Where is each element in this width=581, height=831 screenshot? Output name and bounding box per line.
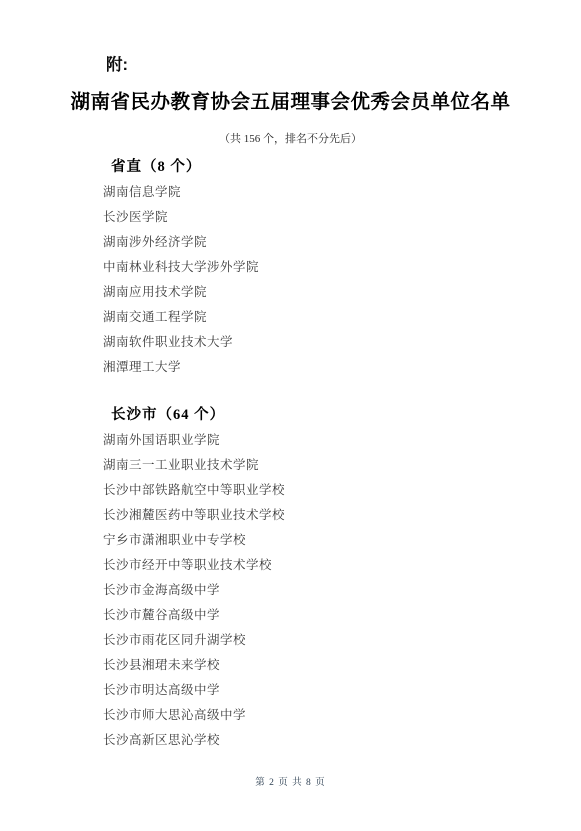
list-item: 长沙市雨花区同升湖学校: [103, 628, 581, 653]
attachment-label: 附:: [106, 54, 581, 76]
list-item: 湖南交通工程学院: [103, 305, 581, 330]
document-page: 附: 湖南省民办教育协会五届理事会优秀会员单位名单 （共 156 个，排名不分先…: [0, 0, 581, 831]
section-changsha: 长沙市（64 个） 湖南外国语职业学院 湖南三一工业职业技术学院 长沙中部铁路航…: [0, 405, 581, 753]
list-item: 长沙高新区思沁学校: [103, 728, 581, 753]
list-item: 中南林业科技大学涉外学院: [103, 255, 581, 280]
list-item: 湖南信息学院: [103, 180, 581, 205]
list-item: 湘潭理工大学: [103, 355, 581, 380]
document-subtitle: （共 156 个，排名不分先后）: [0, 131, 581, 147]
list-item: 长沙市麓谷高级中学: [103, 603, 581, 628]
list-item: 湖南应用技术学院: [103, 280, 581, 305]
list-item: 长沙市经开中等职业技术学校: [103, 553, 581, 578]
list-item: 长沙市师大思沁高级中学: [103, 703, 581, 728]
document-title: 湖南省民办教育协会五届理事会优秀会员单位名单: [20, 89, 561, 115]
list-item: 长沙湘麓医药中等职业技术学校: [103, 503, 581, 528]
list-item: 长沙中部铁路航空中等职业学校: [103, 478, 581, 503]
list-item: 湖南外国语职业学院: [103, 428, 581, 453]
list-item: 湖南涉外经济学院: [103, 230, 581, 255]
provincial-item-list: 湖南信息学院 长沙医学院 湖南涉外经济学院 中南林业科技大学涉外学院 湖南应用技…: [103, 180, 581, 380]
list-item: 长沙医学院: [103, 205, 581, 230]
section-provincial: 省直（8 个） 湖南信息学院 长沙医学院 湖南涉外经济学院 中南林业科技大学涉外…: [0, 157, 581, 380]
changsha-item-list: 湖南外国语职业学院 湖南三一工业职业技术学院 长沙中部铁路航空中等职业学校 长沙…: [103, 428, 581, 753]
list-item: 湖南软件职业技术大学: [103, 330, 581, 355]
page-number: 第 2 页 共 8 页: [0, 776, 581, 790]
list-item: 宁乡市潇湘职业中专学校: [103, 528, 581, 553]
list-item: 长沙市明达高级中学: [103, 678, 581, 703]
list-item: 长沙市金海高级中学: [103, 578, 581, 603]
list-item: 长沙县湘珺未来学校: [103, 653, 581, 678]
list-item: 湖南三一工业职业技术学院: [103, 453, 581, 478]
section-heading-changsha: 长沙市（64 个）: [111, 405, 581, 425]
section-heading-provincial: 省直（8 个）: [111, 157, 581, 177]
